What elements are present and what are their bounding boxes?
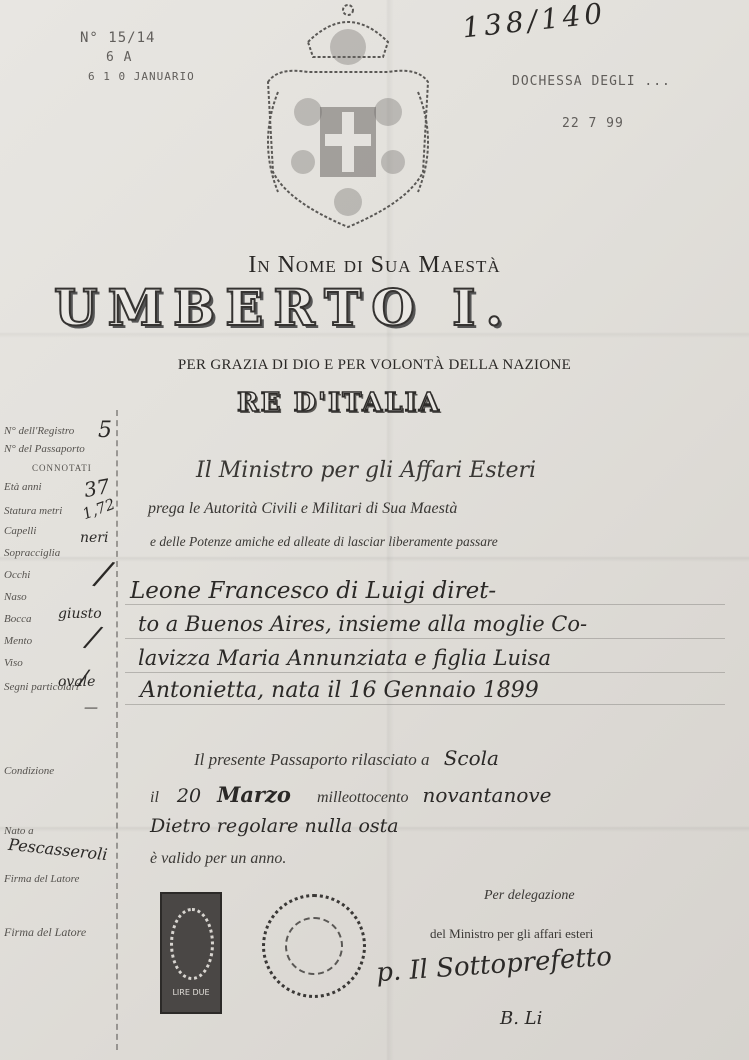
field-viso-value: ovale <box>58 674 95 690</box>
header-king-name: UMBERTO I. <box>54 278 513 337</box>
issue-line-2: il 20 Marzo milleottocento novantanove <box>150 782 552 807</box>
field-sopracciglia-label: Sopracciglia <box>4 547 60 559</box>
handwritten-reference: 138/140 <box>461 0 608 44</box>
passport-document: N° 15/14 6 A 6 1 0 JANUARIO 138/140 DOCH… <box>0 0 749 1060</box>
signature: p. Il Sottoprefetto <box>375 942 613 988</box>
intro-prega: prega le Autorità Civili e Militari di S… <box>148 500 457 518</box>
field-naso-label: Naso <box>4 591 27 603</box>
field-bocca-label: Bocca <box>4 613 31 625</box>
office-stamp-date: 22 7 99 <box>562 116 624 131</box>
field-occhi-label: Occhi <box>4 569 30 581</box>
issue-month: Marzo <box>217 782 291 807</box>
field-eta-label: Età anni <box>4 481 42 493</box>
sidebar-divider <box>116 410 118 1050</box>
guide-line <box>125 672 725 673</box>
bearer-line-4: Antonietta, nata il 16 Gennaio 1899 <box>140 678 539 703</box>
issue-line-3: Dietro regolare nulla osta <box>150 815 399 837</box>
revenue-stamp-value: LIRE DUE <box>162 988 220 997</box>
registry-number-stamp: N° 15/14 <box>80 30 155 46</box>
issue-day: 20 <box>177 785 201 807</box>
validity-line: è valido per un anno. <box>150 850 286 868</box>
guide-line <box>125 704 725 705</box>
header-grazia: PER GRAZIA DI DIO E PER VOLONTÀ DELLA NA… <box>0 357 749 374</box>
field-registro-label: N° dell'Registro <box>4 425 74 437</box>
revenue-stamp-oval <box>170 908 214 980</box>
field-capelli-value: neri <box>80 530 108 546</box>
registry-date: 6 1 0 JANUARIO <box>88 70 195 83</box>
field-domicilio-label: Firma del Latore <box>4 873 79 885</box>
official-seal-icon <box>262 894 366 998</box>
bearer-line-2: to a Buenos Aires, insieme alla moglie C… <box>138 612 587 636</box>
delegation-line-2: del Ministro per gli affari esteri <box>430 926 593 942</box>
issue-line-1: Il presente Passaporto rilasciato a Scol… <box>194 746 499 770</box>
coat-of-arms-icon <box>248 2 448 242</box>
issue-place: Scola <box>444 746 499 770</box>
field-connotati-label: CONNOTATI <box>32 463 92 473</box>
field-passaporto-label: N° del Passaporto <box>4 443 85 455</box>
bearer-line-3: lavizza Maria Annunziata e figlia Luisa <box>138 646 551 670</box>
field-capelli-label: Capelli <box>4 525 36 537</box>
seal-inner-ring <box>285 917 343 975</box>
registry-number: N° 15/14 <box>80 30 155 46</box>
field-condizione-label: Condizione <box>4 765 54 777</box>
bearer-line-1: Leone Francesco di Luigi diret- <box>130 578 496 604</box>
header-re-italia: RE D'ITALIA <box>237 388 441 418</box>
field-mento-label: Mento <box>4 635 32 647</box>
field-domicilio-value: Pescasseroli <box>7 835 108 864</box>
intro-ministro: Il Ministro per gli Affari Esteri <box>196 458 536 483</box>
delegation-line-1: Per delegazione <box>484 888 575 904</box>
issue-prefix: Il presente Passaporto rilasciato a <box>194 750 429 769</box>
field-segni-value: — <box>84 700 98 716</box>
field-bocca-value: / <box>84 619 102 655</box>
issue-year-written: novantanove <box>422 783 551 807</box>
signature-initials: B. Li <box>500 1008 542 1029</box>
field-viso-label: Viso <box>4 657 23 669</box>
header-in-nome: In Nome di Sua Maestà <box>0 252 749 279</box>
issue-year-printed: milleottocento <box>317 789 409 806</box>
registry-code: 6 A <box>106 50 132 65</box>
office-stamp-name: DOCHESSA DEGLI ... <box>512 74 671 89</box>
guide-line <box>125 604 725 605</box>
revenue-stamp: LIRE DUE <box>160 892 222 1014</box>
issue-il: il <box>150 789 159 806</box>
field-registro-value: 5 <box>98 418 112 443</box>
field-firma-latore-label: Firma del Latore <box>4 925 86 940</box>
field-statura-label: Statura metri <box>4 505 62 517</box>
field-sopracciglia-value: / <box>93 553 114 595</box>
guide-line <box>125 638 725 639</box>
intro-potenze: e delle Potenze amiche ed alleate di las… <box>150 534 498 550</box>
